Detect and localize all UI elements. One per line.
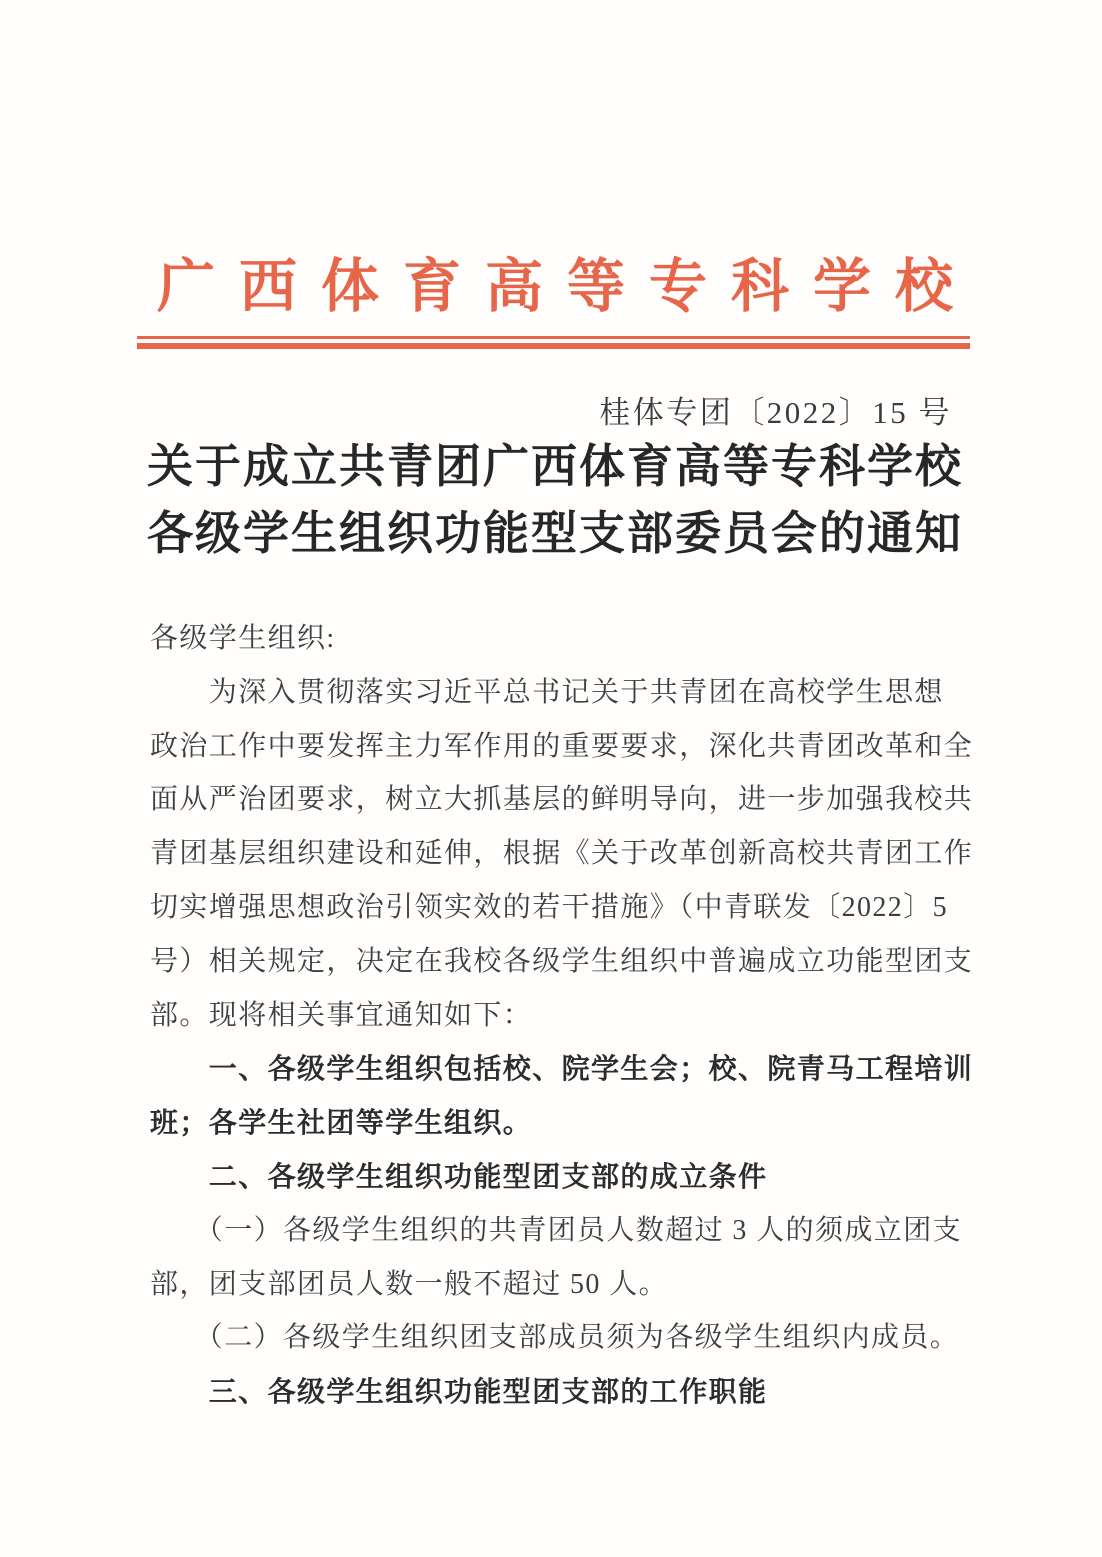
- document-line: 为深入贯彻落实习近平总书记关于共青团在高校学生思想: [150, 666, 990, 720]
- document-title-line2: 各级学生组织功能型支部委员会的通知: [141, 500, 969, 567]
- document-page: 广西体育高等专科学校 桂体专团〔2022〕15 号 关于成立共青团广西体育高等专…: [0, 0, 1102, 1557]
- divider-thick-line: [137, 343, 970, 349]
- document-line: 政治工作中要发挥主力军作用的重要要求，深化共青团改革和全: [150, 720, 990, 774]
- document-line: 面从严治团要求，树立大抓基层的鲜明导向，进一步加强我校共: [150, 773, 990, 827]
- letterhead-school-name: 广西体育高等专科学校: [157, 254, 977, 321]
- document-line: 青团基层组织建设和延伸，根据《关于改革创新高校共青团工作: [150, 827, 990, 881]
- letterhead-divider: [137, 336, 970, 349]
- document-line: （二）各级学生组织团支部成员须为各级学生组织内成员。: [150, 1311, 990, 1365]
- document-line: 各级学生组织:: [150, 612, 990, 666]
- document-line: 二、各级学生组织功能型团支部的成立条件: [150, 1150, 990, 1204]
- document-title-line1: 关于成立共青团广西体育高等专科学校: [141, 433, 969, 500]
- document-line: 切实增强思想政治引领实效的若干措施》（中青联发〔2022〕5: [150, 881, 990, 935]
- document-line: 一、各级学生组织包括校、院学生会；校、院青马工程培训: [150, 1042, 990, 1096]
- document-number: 桂体专团〔2022〕15 号: [599, 387, 952, 432]
- document-title: 关于成立共青团广西体育高等专科学校 各级学生组织功能型支部委员会的通知: [141, 433, 969, 567]
- document-body: 各级学生组织: 为深入贯彻落实习近平总书记关于共青团在高校学生思想政治工作中要发…: [150, 612, 990, 1419]
- document-line: 号）相关规定，决定在我校各级学生组织中普遍成立功能型团支: [150, 935, 990, 989]
- document-line: （一）各级学生组织的共青团员人数超过 3 人的须成立团支: [150, 1204, 990, 1258]
- document-line: 部。现将相关事宜通知如下：: [150, 989, 990, 1043]
- document-line: 部，团支部团员人数一般不超过 50 人。: [150, 1258, 990, 1312]
- document-line: 班；各学生社团等学生组织。: [150, 1096, 990, 1150]
- document-line: 三、各级学生组织功能型团支部的工作职能: [150, 1365, 990, 1419]
- divider-thin-line: [137, 336, 970, 339]
